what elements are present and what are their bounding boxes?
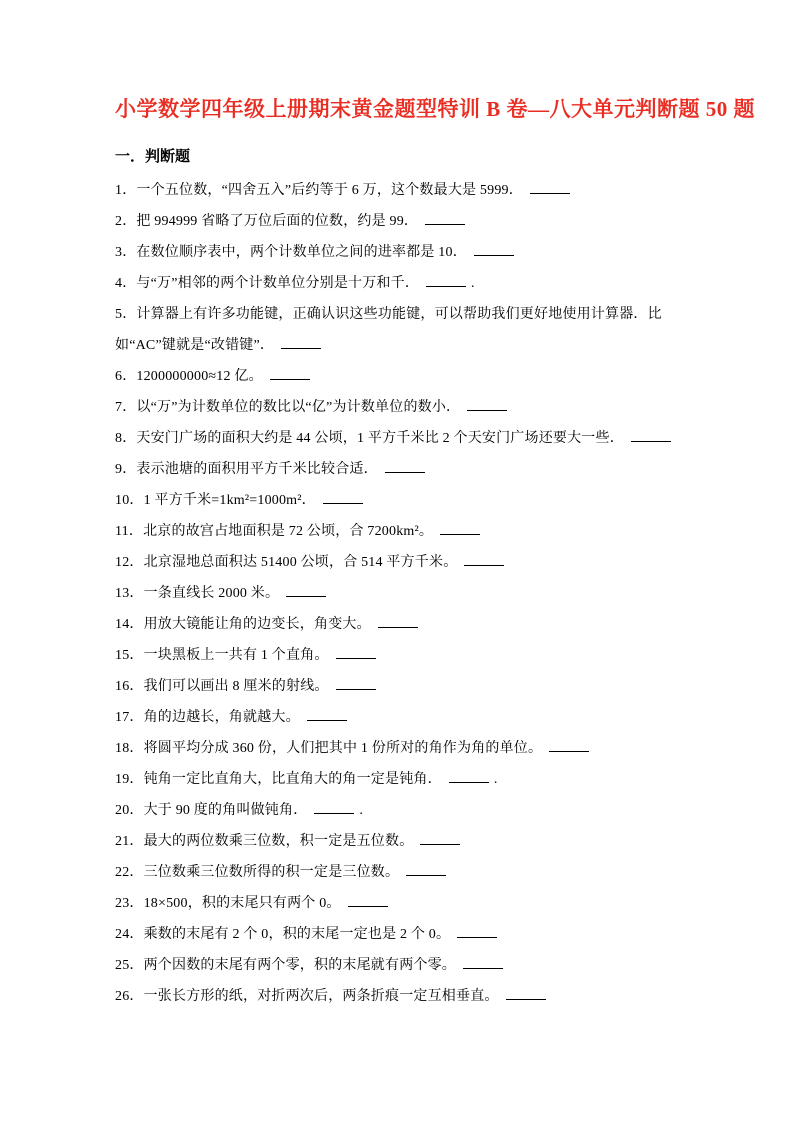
question-number: 14． [115, 617, 144, 632]
question: 19．钝角一定比直角大，比直角大的角一定是钝角．. [115, 764, 681, 795]
question-text: 钝角一定比直角大，比直角大的角一定是钝角． [144, 772, 442, 787]
question-text: 在数位顺序表中，两个计数单位之间的进率都是 10． [136, 245, 467, 260]
question-number: 4． [115, 276, 136, 291]
question-number: 26． [115, 989, 144, 1004]
question-text: 角的边越长，角就越大。 [144, 710, 300, 725]
answer-blank[interactable] [385, 459, 425, 473]
answer-blank[interactable] [420, 831, 460, 845]
answer-blank[interactable] [506, 986, 546, 1000]
answer-blank[interactable] [281, 335, 321, 349]
question-number: 22． [115, 865, 144, 880]
question-text: 以“万”为计数单位的数比以“亿”为计数单位的数小． [136, 400, 460, 415]
answer-blank[interactable] [440, 521, 480, 535]
question-text: 一张长方形的纸，对折两次后，两条折痕一定互相垂直。 [144, 989, 499, 1004]
question: 6．1200000000≈12 亿。 [115, 361, 681, 392]
answer-blank[interactable] [631, 428, 671, 442]
question-text: 计算器上有许多功能键，正确认识这些功能键，可以帮助我们更好地使用计算器．比如“A… [115, 307, 662, 353]
question-text: 三位数乘三位数所得的积一定是三位数。 [144, 865, 400, 880]
question: 12．北京湿地总面积达 51400 公顷，合 514 平方千米。 [115, 547, 681, 578]
answer-blank[interactable] [530, 180, 570, 194]
question-number: 17． [115, 710, 144, 725]
question-text: 一条直线长 2000 米。 [144, 586, 280, 601]
question-text: 北京湿地总面积达 51400 公顷，合 514 平方千米。 [144, 555, 458, 570]
question: 14．用放大镜能让角的边变长，角变大。 [115, 609, 681, 640]
question: 4．与“万”相邻的两个计数单位分别是十万和千．. [115, 268, 681, 299]
question-text: 1 平方千米=1km²=1000m²． [144, 493, 316, 508]
question: 5．计算器上有许多功能键，正确认识这些功能键，可以帮助我们更好地使用计算器．比如… [115, 299, 681, 361]
question-list: 1．一个五位数，“四舍五入”后约等于 6 万，这个数最大是 5999．2．把 9… [115, 175, 681, 1012]
question-number: 9． [115, 462, 136, 477]
question-text: 把 994999 省略了万位后面的位数，约是 99． [136, 214, 418, 229]
question-number: 19． [115, 772, 144, 787]
question-text: 大于 90 度的角叫做钝角． [144, 803, 308, 818]
question: 7．以“万”为计数单位的数比以“亿”为计数单位的数小． [115, 392, 681, 423]
answer-blank[interactable] [425, 211, 465, 225]
answer-blank[interactable] [314, 800, 354, 814]
question: 26．一张长方形的纸，对折两次后，两条折痕一定互相垂直。 [115, 981, 681, 1012]
question: 8．天安门广场的面积大约是 44 公顷，1 平方千米比 2 个天安门广场还要大一… [115, 423, 681, 454]
question-text: 表示池塘的面积用平方千米比较合适． [136, 462, 377, 477]
answer-blank[interactable] [463, 955, 503, 969]
question: 11．北京的故宫占地面积是 72 公顷，合 7200km²。 [115, 516, 681, 547]
question-number: 16． [115, 679, 144, 694]
section-heading: 一．判断题 [115, 146, 681, 168]
question: 2．把 994999 省略了万位后面的位数，约是 99． [115, 206, 681, 237]
question-text: 我们可以画出 8 厘米的射线。 [144, 679, 329, 694]
question: 18．将圆平均分成 360 份，人们把其中 1 份所对的角作为角的单位。 [115, 733, 681, 764]
question-number: 18． [115, 741, 144, 756]
question: 25．两个因数的末尾有两个零，积的末尾就有两个零。 [115, 950, 681, 981]
question-text: 北京的故宫占地面积是 72 公顷，合 7200km²。 [143, 524, 433, 539]
question-text: 一块黑板上一共有 1 个直角。 [144, 648, 329, 663]
question-number: 25． [115, 958, 144, 973]
answer-blank[interactable] [323, 490, 363, 504]
question: 13．一条直线长 2000 米。 [115, 578, 681, 609]
question-tail: . [471, 276, 475, 291]
question-number: 23． [115, 896, 144, 911]
answer-blank[interactable] [426, 273, 466, 287]
question: 3．在数位顺序表中，两个计数单位之间的进率都是 10． [115, 237, 681, 268]
question-number: 5． [115, 307, 136, 322]
answer-blank[interactable] [336, 676, 376, 690]
page-title: 小学数学四年级上册期末黄金题型特训 B 卷—八大单元判断题 50 题 [115, 96, 681, 123]
question: 24．乘数的末尾有 2 个 0，积的末尾一定也是 2 个 0。 [115, 919, 681, 950]
question: 17．角的边越长，角就越大。 [115, 702, 681, 733]
document-page: 小学数学四年级上册期末黄金题型特训 B 卷—八大单元判断题 50 题 一．判断题… [0, 0, 793, 1122]
question: 20．大于 90 度的角叫做钝角．. [115, 795, 681, 826]
question: 22．三位数乘三位数所得的积一定是三位数。 [115, 857, 681, 888]
question-number: 8． [115, 431, 136, 446]
question-text: 一个五位数，“四舍五入”后约等于 6 万，这个数最大是 5999． [136, 183, 523, 198]
question-text: 天安门广场的面积大约是 44 公顷，1 平方千米比 2 个天安门广场还要大一些． [136, 431, 624, 446]
question-number: 10． [115, 493, 144, 508]
question-text: 两个因数的末尾有两个零，积的末尾就有两个零。 [144, 958, 456, 973]
question: 21．最大的两位数乘三位数，积一定是五位数。 [115, 826, 681, 857]
answer-blank[interactable] [449, 769, 489, 783]
question-number: 20． [115, 803, 144, 818]
answer-blank[interactable] [348, 893, 388, 907]
answer-blank[interactable] [467, 397, 507, 411]
question: 9．表示池塘的面积用平方千米比较合适． [115, 454, 681, 485]
question-number: 6． [115, 369, 136, 384]
question-number: 2． [115, 214, 136, 229]
answer-blank[interactable] [286, 583, 326, 597]
question-tail: . [359, 803, 363, 818]
answer-blank[interactable] [406, 862, 446, 876]
question-number: 12． [115, 555, 144, 570]
question-number: 13． [115, 586, 144, 601]
answer-blank[interactable] [307, 707, 347, 721]
question: 16．我们可以画出 8 厘米的射线。 [115, 671, 681, 702]
question: 23．18×500，积的末尾只有两个 0。 [115, 888, 681, 919]
question-text: 与“万”相邻的两个计数单位分别是十万和千． [136, 276, 419, 291]
question-text: 用放大镜能让角的边变长，角变大。 [144, 617, 371, 632]
answer-blank[interactable] [336, 645, 376, 659]
answer-blank[interactable] [378, 614, 418, 628]
question-text: 1200000000≈12 亿。 [136, 369, 262, 384]
answer-blank[interactable] [457, 924, 497, 938]
question-tail: . [494, 772, 498, 787]
question: 10．1 平方千米=1km²=1000m²． [115, 485, 681, 516]
question-text: 乘数的末尾有 2 个 0，积的末尾一定也是 2 个 0。 [144, 927, 451, 942]
answer-blank[interactable] [270, 366, 310, 380]
question-number: 3． [115, 245, 136, 260]
question-number: 11． [115, 524, 143, 539]
question: 1．一个五位数，“四舍五入”后约等于 6 万，这个数最大是 5999． [115, 175, 681, 206]
answer-blank[interactable] [549, 738, 589, 752]
question-text: 18×500，积的末尾只有两个 0。 [144, 896, 341, 911]
question-number: 15． [115, 648, 144, 663]
question-number: 24． [115, 927, 144, 942]
question-number: 21． [115, 834, 144, 849]
answer-blank[interactable] [474, 242, 514, 256]
question-number: 7． [115, 400, 136, 415]
question-number: 1． [115, 183, 136, 198]
answer-blank[interactable] [464, 552, 504, 566]
question: 15．一块黑板上一共有 1 个直角。 [115, 640, 681, 671]
question-text: 最大的两位数乘三位数，积一定是五位数。 [144, 834, 414, 849]
question-text: 将圆平均分成 360 份，人们把其中 1 份所对的角作为角的单位。 [144, 741, 543, 756]
